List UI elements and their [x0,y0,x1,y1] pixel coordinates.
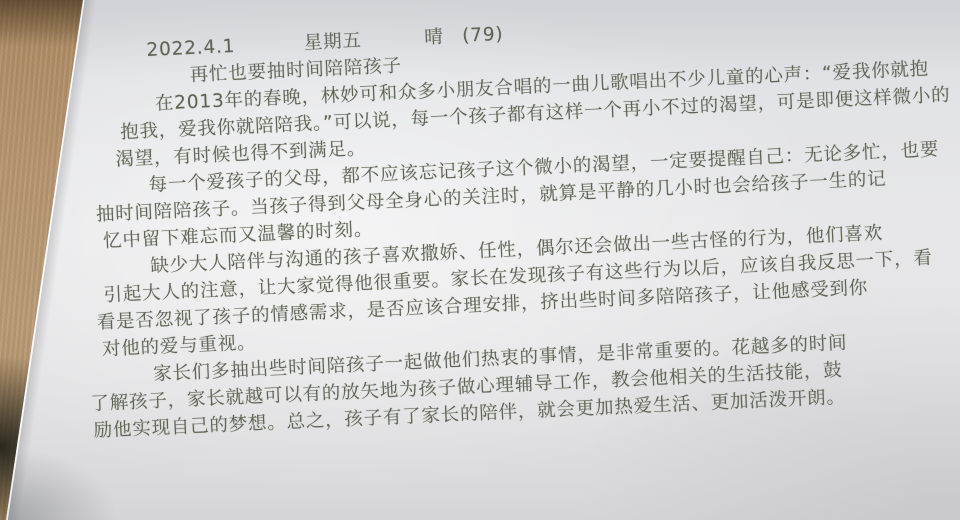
photo-of-handwritten-diary: 2022.4.1 星期五 晴 (79) 再忙也要抽时间陪陪孩子 在2013年的春… [0,0,960,520]
entry-weather: 晴 [424,24,445,52]
diary-page: 2022.4.1 星期五 晴 (79) 再忙也要抽时间陪陪孩子 在2013年的春… [0,0,960,520]
diary-text: 2022.4.1 星期五 晴 (79) 再忙也要抽时间陪陪孩子 在2013年的春… [80,0,960,445]
entry-weekday: 星期五 [303,27,362,57]
entry-score: (79) [462,21,504,50]
entry-date: 2022.4.1 [146,33,236,64]
